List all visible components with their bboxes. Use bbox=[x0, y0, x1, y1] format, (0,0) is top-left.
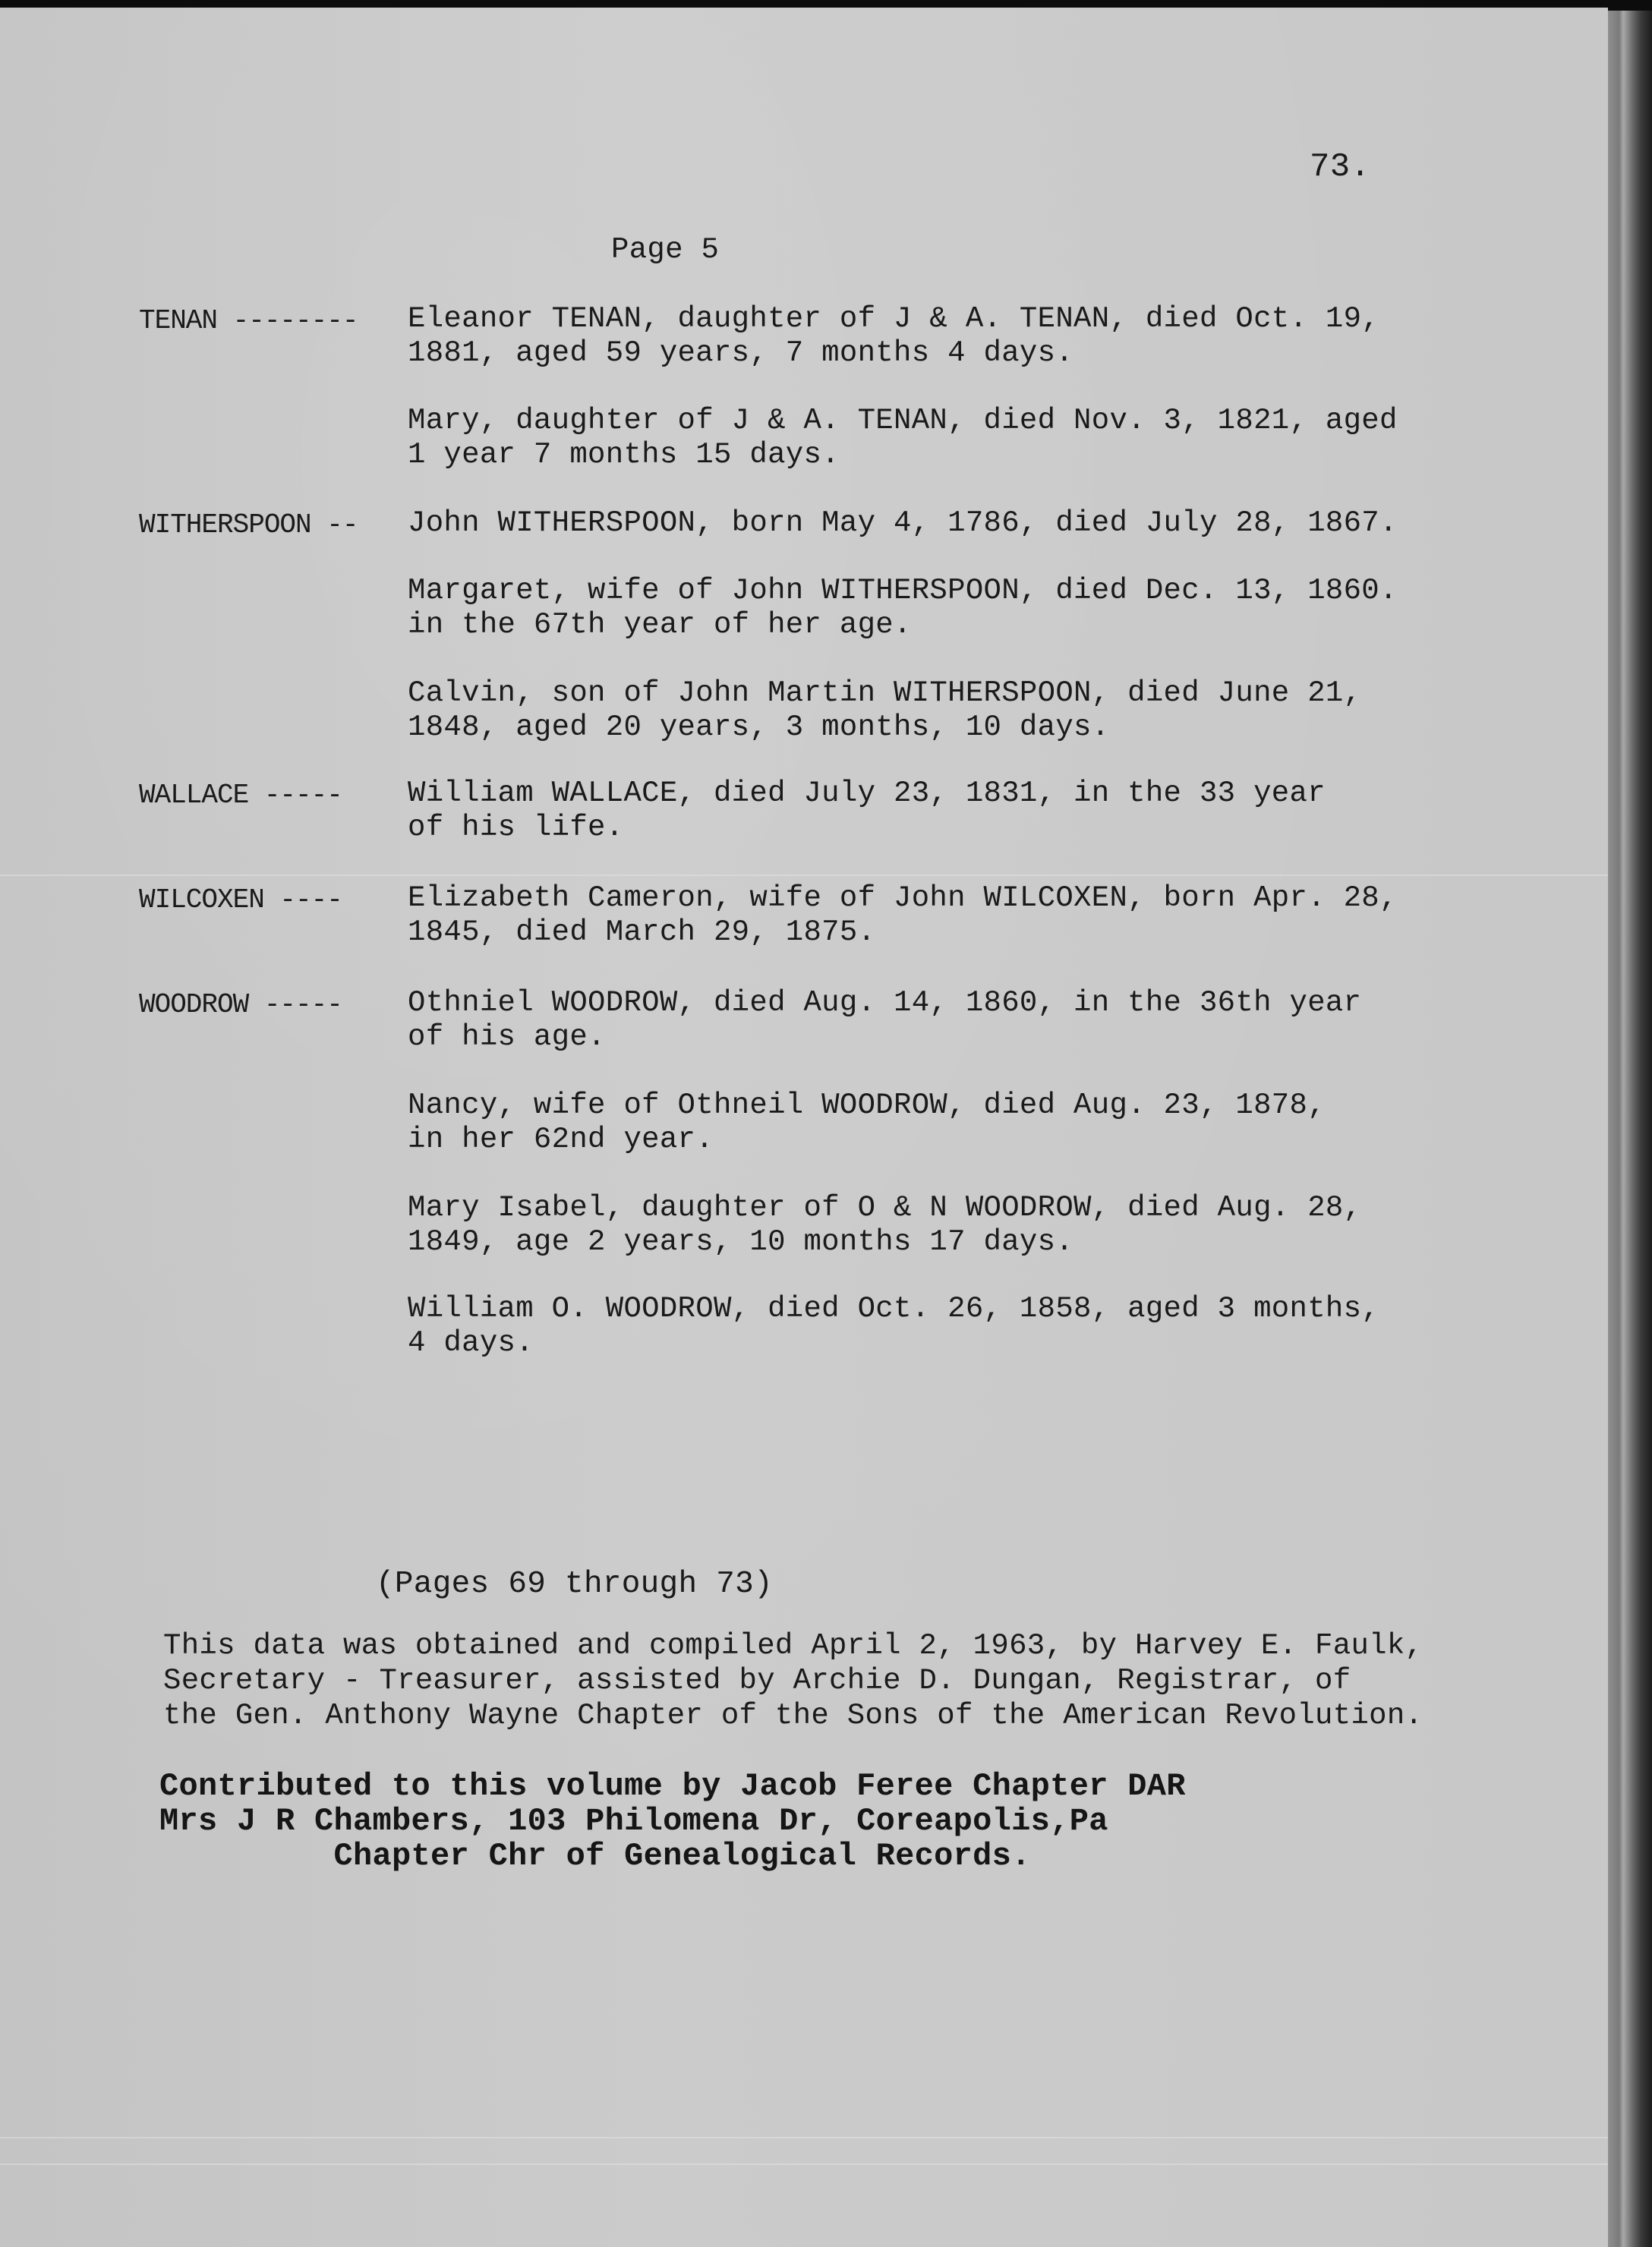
scan-artifact-line bbox=[0, 2163, 1608, 2165]
record-entry: Mary Isabel, daughter of O & N WOODROW, … bbox=[408, 1191, 1361, 1259]
contribution-note: Contributed to this volume by Jacob Fere… bbox=[159, 1769, 1186, 1874]
surname-label-tenan: TENAN -------- bbox=[139, 304, 358, 338]
record-entry: Calvin, son of John Martin WITHERSPOON, … bbox=[408, 676, 1361, 745]
scan-artifact-line bbox=[0, 875, 1608, 876]
scan-artifact-line bbox=[0, 2137, 1608, 2138]
record-entry: Margaret, wife of John WITHERSPOON, died… bbox=[408, 574, 1398, 642]
book-binding-edge bbox=[1608, 11, 1652, 2247]
section-page-label: Page 5 bbox=[611, 233, 719, 267]
page-number: 73. bbox=[1310, 150, 1370, 184]
surname-label-wallace: WALLACE ----- bbox=[139, 778, 342, 812]
surname-label-wilcoxen: WILCOXEN ---- bbox=[139, 883, 342, 917]
record-entry: Eleanor TENAN, daughter of J & A. TENAN,… bbox=[408, 302, 1379, 370]
page-range-note: (Pages 69 through 73) bbox=[376, 1568, 773, 1602]
record-entry: Othniel WOODROW, died Aug. 14, 1860, in … bbox=[408, 986, 1361, 1054]
compilation-note: This data was obtained and compiled Apri… bbox=[163, 1628, 1423, 1733]
record-entry: Elizabeth Cameron, wife of John WILCOXEN… bbox=[408, 881, 1398, 950]
record-entry: William WALLACE, died July 23, 1831, in … bbox=[408, 777, 1326, 845]
surname-label-witherspoon: WITHERSPOON -- bbox=[139, 508, 358, 542]
record-entry: Nancy, wife of Othneil WOODROW, died Aug… bbox=[408, 1089, 1326, 1157]
record-entry: William O. WOODROW, died Oct. 26, 1858, … bbox=[408, 1292, 1379, 1360]
surname-label-woodrow: WOODROW ----- bbox=[139, 988, 342, 1022]
record-entry: Mary, daughter of J & A. TENAN, died Nov… bbox=[408, 404, 1398, 472]
record-entry: John WITHERSPOON, born May 4, 1786, died… bbox=[408, 506, 1398, 540]
